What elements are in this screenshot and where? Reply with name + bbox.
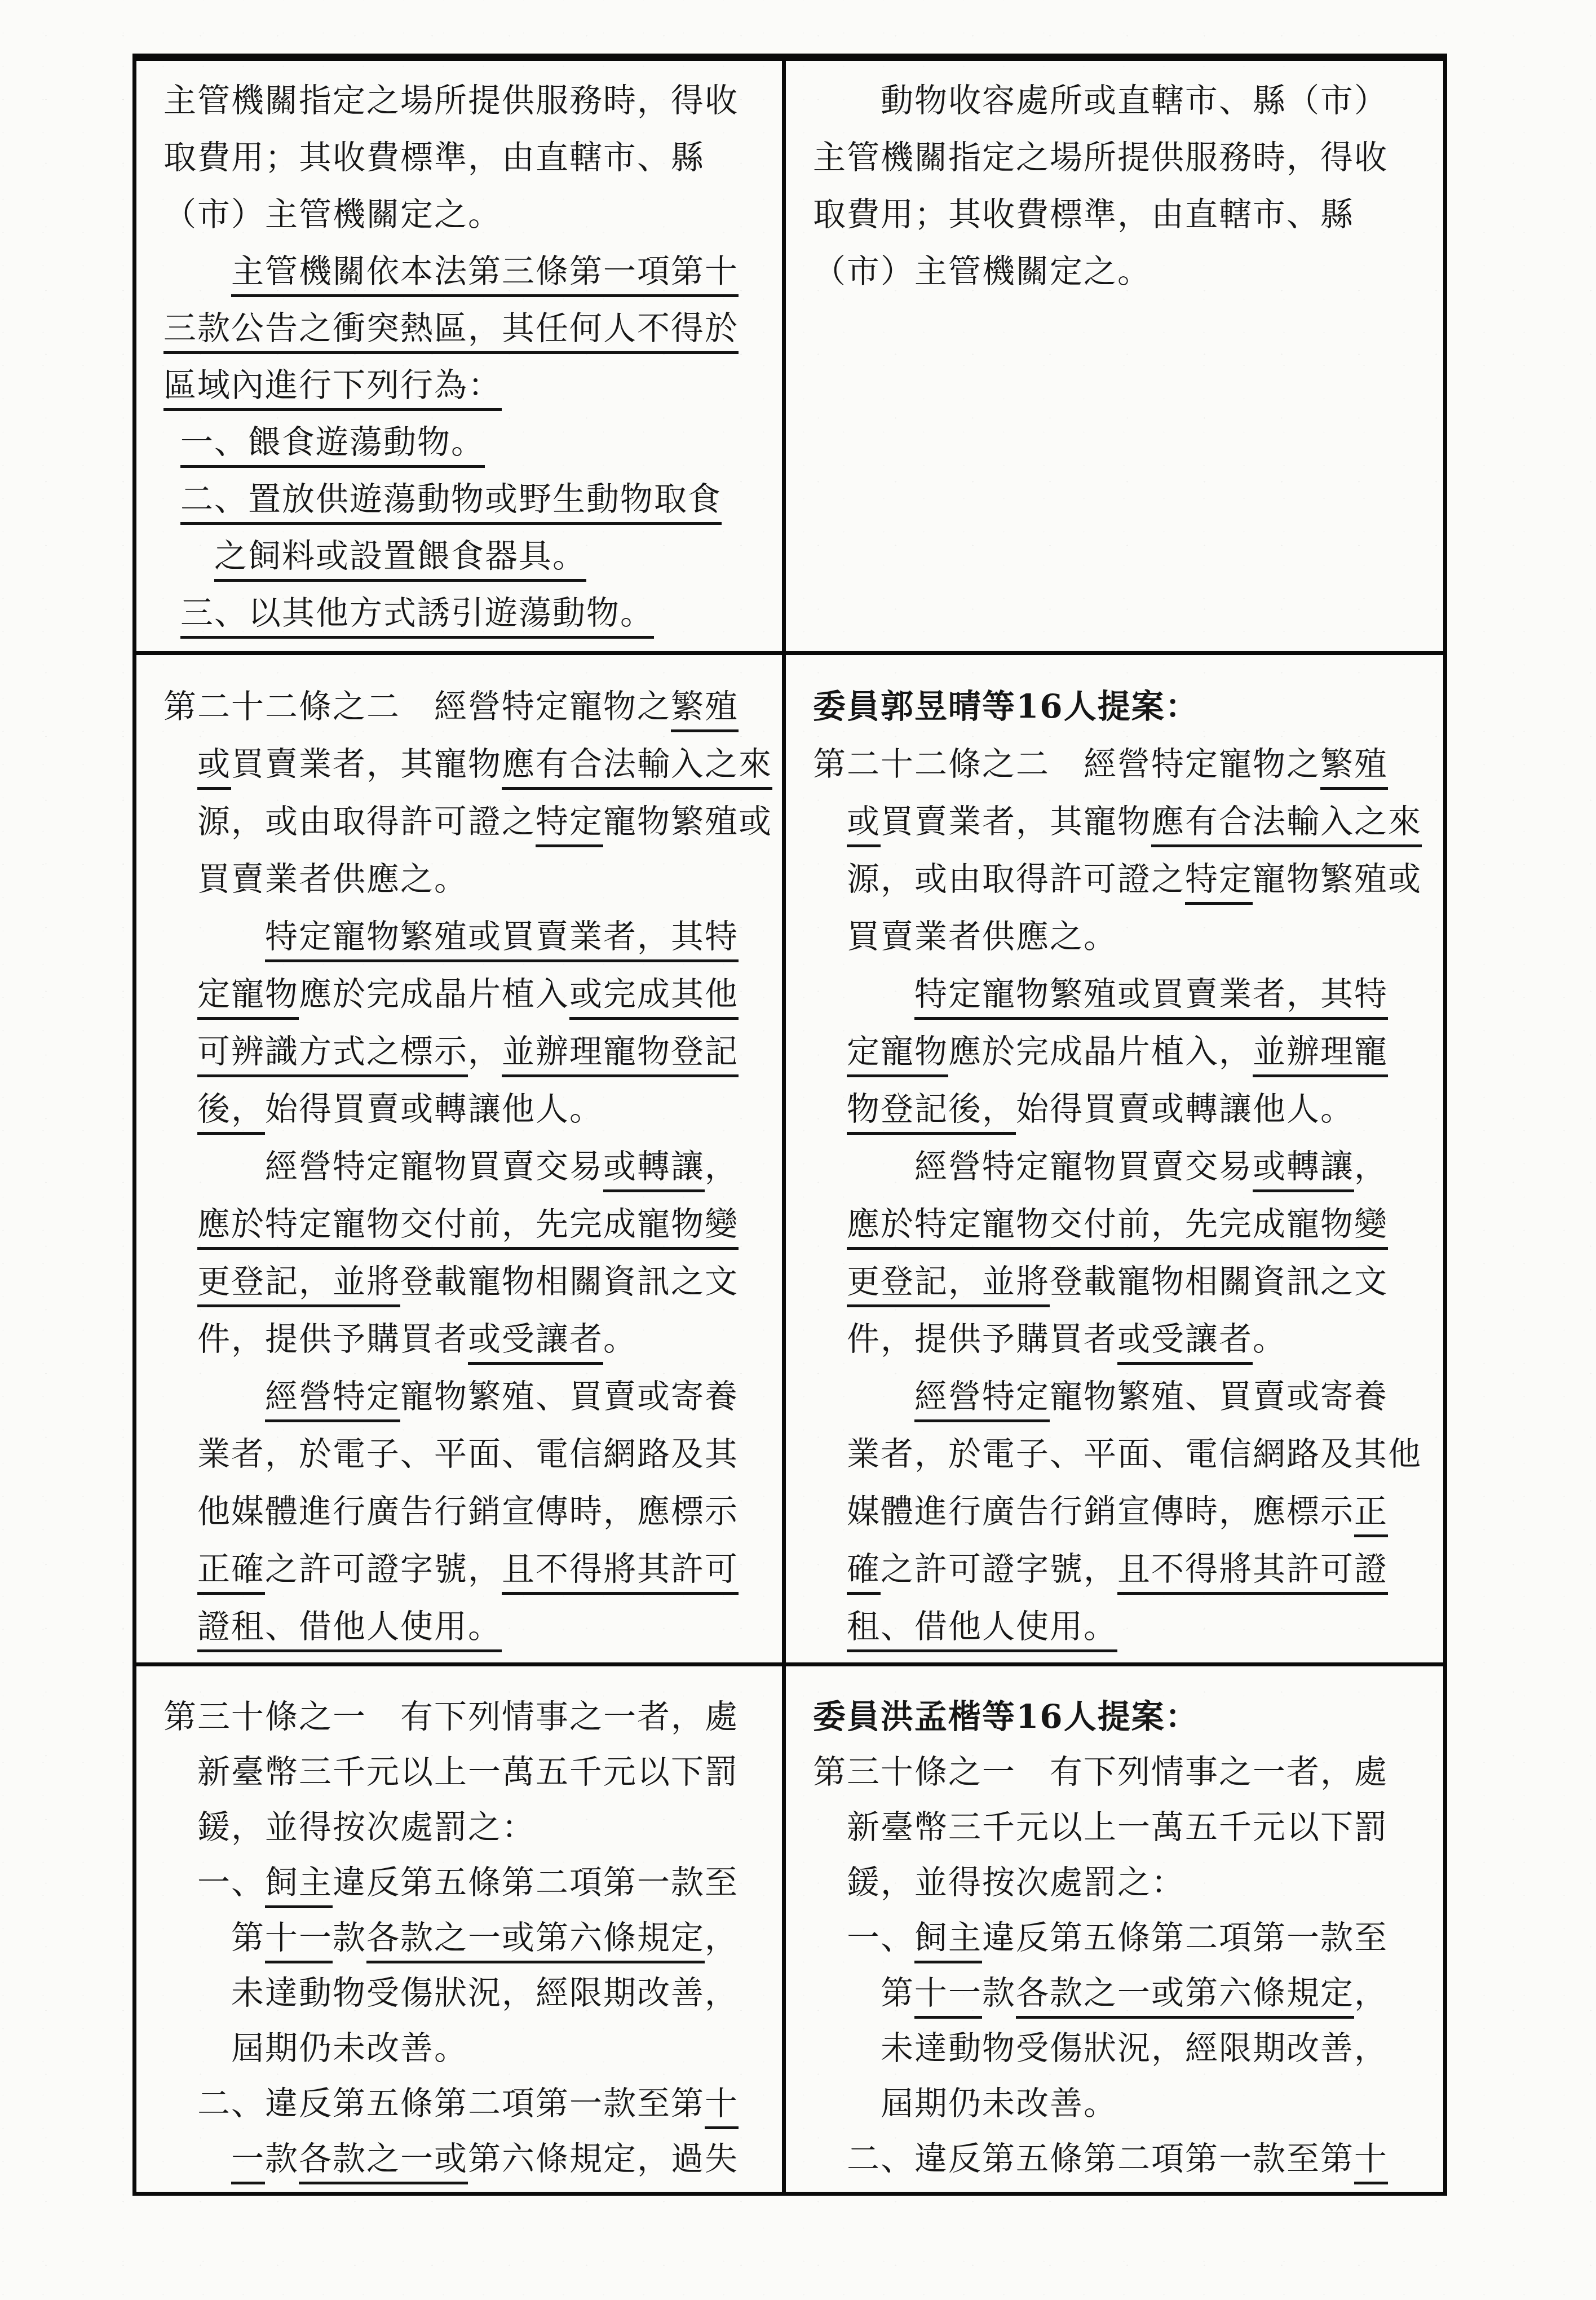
text-line: 第二十二條之二 經營特定寵物之繁殖	[813, 735, 1426, 793]
text-line: 證租、借他人使用。	[163, 1598, 765, 1655]
text-segment: 款	[333, 1918, 366, 1957]
underlined-segment: 或受讓者	[1117, 1320, 1253, 1365]
text-segment: 屆期仍未改善。	[231, 2029, 468, 2067]
text-line: 或買賣業者，其寵物應有合法輸入之來	[163, 735, 765, 793]
underlined-segment: 或完成其他	[569, 975, 739, 1020]
underlined-segment: 應於特定寵物交付前，先完成寵物變	[847, 1205, 1388, 1250]
text-segment: 違反第五條第二項第一款至	[982, 1918, 1388, 1957]
text-line: 取費用；其收費標準，由直轄市、縣	[813, 186, 1426, 243]
text-segment: 一、	[197, 1863, 265, 1901]
text-line: 業者，於電子、平面、電信網路及其	[163, 1425, 765, 1483]
text-segment: 款	[982, 1974, 1016, 2012]
underlined-segment: 更登記，並將	[197, 1262, 400, 1307]
text-segment: 主管機關指定之場所提供服務時，得收	[813, 138, 1388, 176]
text-segment: 他媒體進行廣告行銷宣傳時，應標示	[197, 1492, 739, 1531]
underlined-segment: 各款之一或第六條規定	[1016, 1974, 1354, 2019]
underlined-segment: 三、以其他方式誘引遊蕩動物。	[180, 594, 654, 639]
text-segment: 款	[265, 2139, 299, 2178]
text-segment: ，	[1354, 1974, 1388, 2012]
text-segment: 第	[231, 1918, 265, 1957]
underlined-segment: 並辦理寵物登記	[502, 1032, 739, 1077]
text-line: 更登記，並將登載寵物相關資訊之文	[163, 1253, 765, 1310]
table-cell-right: 委員郭昱晴等16人提案：第二十二條之二 經營特定寵物之繁殖或買賣業者，其寵物應有…	[786, 655, 1443, 1662]
underlined-segment: 或	[197, 745, 231, 790]
text-segment: 新臺幣三千元以上一萬五千元以下罰	[847, 1808, 1388, 1846]
text-segment: 之許可證字號，	[265, 1550, 502, 1588]
text-line: 應於特定寵物交付前，先完成寵物變	[163, 1195, 765, 1253]
text-line: 件，提供予購買者或受讓者。	[163, 1310, 765, 1368]
underlined-segment: 主管機關依本法第三條第一項第十	[231, 252, 739, 297]
underlined-segment: 二、置放供遊蕩動物或野生動物取食	[180, 480, 722, 525]
underlined-segment: 或轉讓	[603, 1147, 705, 1192]
text-segment: 取費用；其收費標準，由直轄市、縣	[163, 138, 705, 176]
underlined-segment: 租、借他人使用。	[847, 1607, 1117, 1652]
text-line: 鍰，並得按次處罰之：	[813, 1855, 1426, 1910]
text-line: 業者，於電子、平面、電信網路及其他	[813, 1425, 1426, 1483]
text-line: 未達動物受傷狀況，經限期改善，	[163, 1965, 765, 2020]
text-line: 租、借他人使用。	[813, 1598, 1426, 1655]
text-segment: （市）主管機關定之。	[813, 252, 1151, 290]
text-line: 媒體進行廣告行銷宣傳時，應標示正	[813, 1483, 1426, 1540]
text-line: （市）主管機關定之。	[163, 186, 765, 243]
text-line: 新臺幣三千元以上一萬五千元以下罰	[813, 1799, 1426, 1855]
underlined-segment: 十	[705, 2084, 739, 2129]
underlined-segment: 特定寵物繁殖或買賣業者，其特	[265, 917, 739, 962]
text-segment: 鍰，並得按次處罰之：	[197, 1808, 536, 1846]
underlined-segment: 應於特定寵物交付前，先完成寵物變	[197, 1205, 739, 1250]
underlined-segment: 或轉讓	[1253, 1147, 1354, 1192]
proposal-header: 委員郭昱晴等16人提案：	[813, 678, 1426, 735]
text-line: 物登記後，始得買賣或轉讓他人。	[813, 1080, 1426, 1138]
underlined-segment: 繁殖	[1320, 745, 1388, 790]
text-segment: 二、違反第五條第二項第一款至第	[197, 2084, 705, 2122]
underlined-segment: 定寵物	[847, 1032, 948, 1077]
underlined-segment: 確	[847, 1550, 881, 1595]
table-cell-right: 委員洪孟楷等16人提案：第三十條之一 有下列情事之一者，處新臺幣三千元以上一萬五…	[786, 1666, 1443, 2192]
table-cell-left: 第二十二條之二 經營特定寵物之繁殖或買賣業者，其寵物應有合法輸入之來源，或由取得…	[136, 655, 786, 1662]
text-line: 一、飼主違反第五條第二項第一款至	[813, 1910, 1426, 1965]
text-line: 屆期仍未改善。	[813, 2076, 1426, 2131]
underlined-segment: 更登記，並將	[847, 1262, 1050, 1307]
text-segment: 買賣業者供應之。	[197, 860, 468, 898]
underlined-segment: 區域內進行下列行為：	[163, 366, 502, 411]
text-segment: 第	[881, 1974, 914, 2012]
text-line: 第三十條之一 有下列情事之一者，處	[163, 1689, 765, 1744]
underlined-segment: 各款之一或	[299, 2139, 468, 2184]
text-segment: 寵物繁殖或	[1253, 860, 1422, 898]
text-segment: 業者，於電子、平面、電信網路及其他	[847, 1435, 1422, 1473]
underlined-segment: 應有合法輸入之來	[1151, 802, 1422, 847]
comparison-table: 主管機關指定之場所提供服務時，得收取費用；其收費標準，由直轄市、縣（市）主管機關…	[132, 54, 1447, 2196]
underlined-segment: 一	[231, 2139, 265, 2184]
proposal-header: 委員洪孟楷等16人提案：	[813, 1689, 1426, 1744]
text-line: 取費用；其收費標準，由直轄市、縣	[163, 129, 765, 186]
text-line: 之飼料或設置餵食器具。	[163, 528, 765, 585]
text-segment: 。	[1253, 1320, 1286, 1358]
text-line: 特定寵物繁殖或買賣業者，其特	[813, 965, 1426, 1023]
text-line: 定寵物應於完成晶片植入，並辦理寵	[813, 1023, 1426, 1080]
text-segment: 登載寵物相關資訊之文	[400, 1262, 739, 1301]
text-line: 第三十條之一 有下列情事之一者，處	[813, 1744, 1426, 1799]
text-segment: ，	[705, 1147, 739, 1186]
text-line: 一、餵食遊蕩動物。	[163, 414, 765, 471]
text-segment: 始得買賣或轉讓他人。	[1016, 1090, 1354, 1128]
underlined-segment: 繁殖	[671, 687, 739, 732]
text-segment: 鍰，並得按次處罰之：	[847, 1863, 1185, 1901]
text-line: 買賣業者供應之。	[813, 908, 1426, 965]
text-line: 二、違反第五條第二項第一款至第十	[163, 2076, 765, 2131]
text-segment: 二、違反第五條第二項第一款至第	[847, 2139, 1354, 2178]
text-line: 主管機關指定之場所提供服務時，得收	[813, 129, 1426, 186]
text-segment: 源，或由取得許可證之	[197, 802, 536, 841]
text-segment: 始得買賣或轉讓他人。	[265, 1090, 603, 1128]
text-segment: 第二十二條之二 經營特定寵物之	[163, 687, 671, 726]
text-line: 屆期仍未改善。	[163, 2020, 765, 2076]
underlined-segment: 或受讓者	[468, 1320, 603, 1365]
underlined-segment: 一、餵食遊蕩動物。	[180, 423, 485, 468]
text-segment: 第三十條之一 有下列情事之一者，處	[813, 1753, 1388, 1791]
underlined-segment: 物登記後，	[847, 1090, 1016, 1135]
text-line: 定寵物應於完成晶片植入或完成其他	[163, 965, 765, 1023]
text-line: 源，或由取得許可證之特定寵物繁殖或	[163, 793, 765, 850]
text-segment: 經營特定寵物買賣交易	[265, 1147, 603, 1186]
text-line: 主管機關依本法第三條第一項第十	[163, 243, 765, 300]
text-line: 更登記，並將登載寵物相關資訊之文	[813, 1253, 1426, 1310]
text-line: 第二十二條之二 經營特定寵物之繁殖	[163, 678, 765, 735]
underlined-segment: 定寵物	[197, 975, 299, 1020]
table-cell-right: 動物收容處所或直轄市、縣（市）主管機關指定之場所提供服務時，得收取費用；其收費標…	[786, 61, 1443, 651]
text-segment: 動物收容處所或直轄市、縣（市）	[881, 81, 1388, 120]
text-segment: ，	[705, 1918, 739, 1957]
text-line: （市）主管機關定之。	[813, 243, 1426, 300]
text-segment: 寵物繁殖或	[603, 802, 772, 841]
text-segment: 應於完成晶片植入	[299, 975, 569, 1013]
text-segment: 買賣業者，其寵物	[231, 745, 502, 783]
underlined-segment: 三款公告之衝突熱區，其任何人不得於	[163, 309, 739, 354]
text-line: 經營特定寵物買賣交易或轉讓，	[813, 1138, 1426, 1195]
text-line: 確之許可證字號，且不得將其許可證	[813, 1540, 1426, 1598]
text-line: 二、置放供遊蕩動物或野生動物取食	[163, 471, 765, 528]
text-segment: 登載寵物相關資訊之文	[1050, 1262, 1388, 1301]
underlined-segment: 十一	[265, 1918, 333, 1963]
text-line: 後，始得買賣或轉讓他人。	[163, 1080, 765, 1138]
text-line: 第十一款各款之一或第六條規定，	[813, 1965, 1426, 2020]
text-segment: 件，提供予購買者	[847, 1320, 1117, 1358]
underlined-segment: 特定	[1185, 860, 1253, 905]
text-line: 經營特定寵物繁殖、買賣或寄養	[163, 1368, 765, 1425]
text-segment: 取費用；其收費標準，由直轄市、縣	[813, 195, 1354, 233]
text-line: 特定寵物繁殖或買賣業者，其特	[163, 908, 765, 965]
scanned-page: { "document": { "kind": "legislative-com…	[0, 0, 1596, 2300]
text-segment: 媒體進行廣告行銷宣傳時，應標示	[847, 1492, 1354, 1531]
text-segment: ，	[468, 1032, 502, 1071]
table-cell-left: 主管機關指定之場所提供服務時，得收取費用；其收費標準，由直轄市、縣（市）主管機關…	[136, 61, 786, 651]
text-line: 三款公告之衝突熱區，其任何人不得於	[163, 300, 765, 357]
text-line: 三、以其他方式誘引遊蕩動物。	[163, 585, 765, 642]
text-segment: 第二十二條之二 經營特定寵物之	[813, 745, 1320, 783]
underlined-segment: 且不得將其許可證	[1117, 1550, 1388, 1595]
text-line: 他媒體進行廣告行銷宣傳時，應標示	[163, 1483, 765, 1540]
text-segment: 屆期仍未改善。	[881, 2084, 1117, 2122]
text-segment: 寵物繁殖、買賣或寄養	[1050, 1377, 1388, 1416]
text-line: 一、飼主違反第五條第二項第一款至	[163, 1855, 765, 1910]
text-segment: 寵物繁殖、買賣或寄養	[400, 1377, 739, 1416]
text-line: 經營特定寵物繁殖、買賣或寄養	[813, 1368, 1426, 1425]
text-segment: 件，提供予購買者	[197, 1320, 468, 1358]
text-segment: 應於完成晶片植入，	[948, 1032, 1253, 1071]
underlined-segment: 後，	[197, 1090, 265, 1135]
text-segment: ，	[1354, 1147, 1388, 1186]
text-line: 新臺幣三千元以上一萬五千元以下罰	[163, 1744, 765, 1799]
text-segment: 一、	[847, 1918, 914, 1957]
text-line: 或買賣業者，其寵物應有合法輸入之來	[813, 793, 1426, 850]
text-line: 應於特定寵物交付前，先完成寵物變	[813, 1195, 1426, 1253]
text-segment: 第三十條之一 有下列情事之一者，處	[163, 1697, 739, 1736]
text-segment: 第六條規定，過失	[468, 2139, 739, 2178]
text-segment: 新臺幣三千元以上一萬五千元以下罰	[197, 1753, 739, 1791]
text-line: 未達動物受傷狀況，經限期改善，	[813, 2020, 1426, 2076]
text-segment: 未達動物受傷狀況，經限期改善，	[881, 2029, 1388, 2067]
text-segment: 主管機關指定之場所提供服務時，得收	[163, 81, 739, 120]
underlined-segment: 經營特定	[265, 1377, 400, 1422]
underlined-segment: 飼主	[914, 1918, 982, 1963]
text-line: 區域內進行下列行為：	[163, 357, 765, 414]
text-line: 二、違反第五條第二項第一款至第十	[813, 2131, 1426, 2186]
underlined-segment: 特定	[536, 802, 603, 847]
underlined-segment: 正確	[197, 1550, 265, 1595]
underlined-segment: 正	[1354, 1492, 1388, 1537]
table-row: 主管機關指定之場所提供服務時，得收取費用；其收費標準，由直轄市、縣（市）主管機關…	[136, 61, 1443, 651]
text-line: 可辨識方式之標示，並辦理寵物登記	[163, 1023, 765, 1080]
text-line: 件，提供予購買者或受讓者。	[813, 1310, 1426, 1368]
text-segment: （市）主管機關定之。	[163, 195, 502, 233]
underlined-segment: 十一	[914, 1974, 982, 2019]
underlined-segment: 並辦理寵	[1253, 1032, 1388, 1077]
table-row: 第二十二條之二 經營特定寵物之繁殖或買賣業者，其寵物應有合法輸入之來源，或由取得…	[136, 651, 1443, 1662]
underlined-segment: 經營特定	[914, 1377, 1050, 1422]
text-segment: 違反第五條第二項第一款至	[333, 1863, 739, 1901]
text-line: 主管機關指定之場所提供服務時，得收	[163, 72, 765, 129]
text-segment: 業者，於電子、平面、電信網路及其	[197, 1435, 739, 1473]
underlined-segment: 可辨識方式之標示	[197, 1032, 468, 1077]
underlined-segment: 且不得將其許可	[502, 1550, 739, 1595]
text-segment: 買賣業者供應之。	[847, 917, 1117, 956]
text-line: 鍰，並得按次處罰之：	[163, 1799, 765, 1855]
underlined-segment: 之飼料或設置餵食器具。	[214, 537, 586, 582]
underlined-segment: 十	[1354, 2139, 1388, 2184]
underlined-segment: 特定寵物繁殖或買賣業者，其特	[914, 975, 1388, 1020]
text-segment: 經營特定寵物買賣交易	[914, 1147, 1253, 1186]
underlined-segment: 應有合法輸入之來	[502, 745, 772, 790]
text-segment: 源，或由取得許可證之	[847, 860, 1185, 898]
text-line: 動物收容處所或直轄市、縣（市）	[813, 72, 1426, 129]
text-line: 經營特定寵物買賣交易或轉讓，	[163, 1138, 765, 1195]
text-line: 一款各款之一或第六條規定，過失	[163, 2131, 765, 2186]
table-cell-left: 第三十條之一 有下列情事之一者，處新臺幣三千元以上一萬五千元以下罰鍰，並得按次處…	[136, 1666, 786, 2192]
text-segment: 之許可證字號，	[881, 1550, 1117, 1588]
underlined-segment: 或	[847, 802, 881, 847]
underlined-segment: 證租、借他人使用。	[197, 1607, 502, 1652]
underlined-segment: 各款之一或第六條規定	[366, 1918, 705, 1963]
text-line: 正確之許可證字號，且不得將其許可	[163, 1540, 765, 1598]
text-line: 源，或由取得許可證之特定寵物繁殖或	[813, 850, 1426, 908]
text-segment: 未達動物受傷狀況，經限期改善，	[231, 1974, 739, 2012]
text-line: 買賣業者供應之。	[163, 850, 765, 908]
text-segment: 。	[603, 1320, 637, 1358]
table-row: 第三十條之一 有下列情事之一者，處新臺幣三千元以上一萬五千元以下罰鍰，並得按次處…	[136, 1662, 1443, 2192]
underlined-segment: 飼主	[265, 1863, 333, 1908]
text-segment: 買賣業者，其寵物	[881, 802, 1151, 841]
text-line: 第十一款各款之一或第六條規定，	[163, 1910, 765, 1965]
